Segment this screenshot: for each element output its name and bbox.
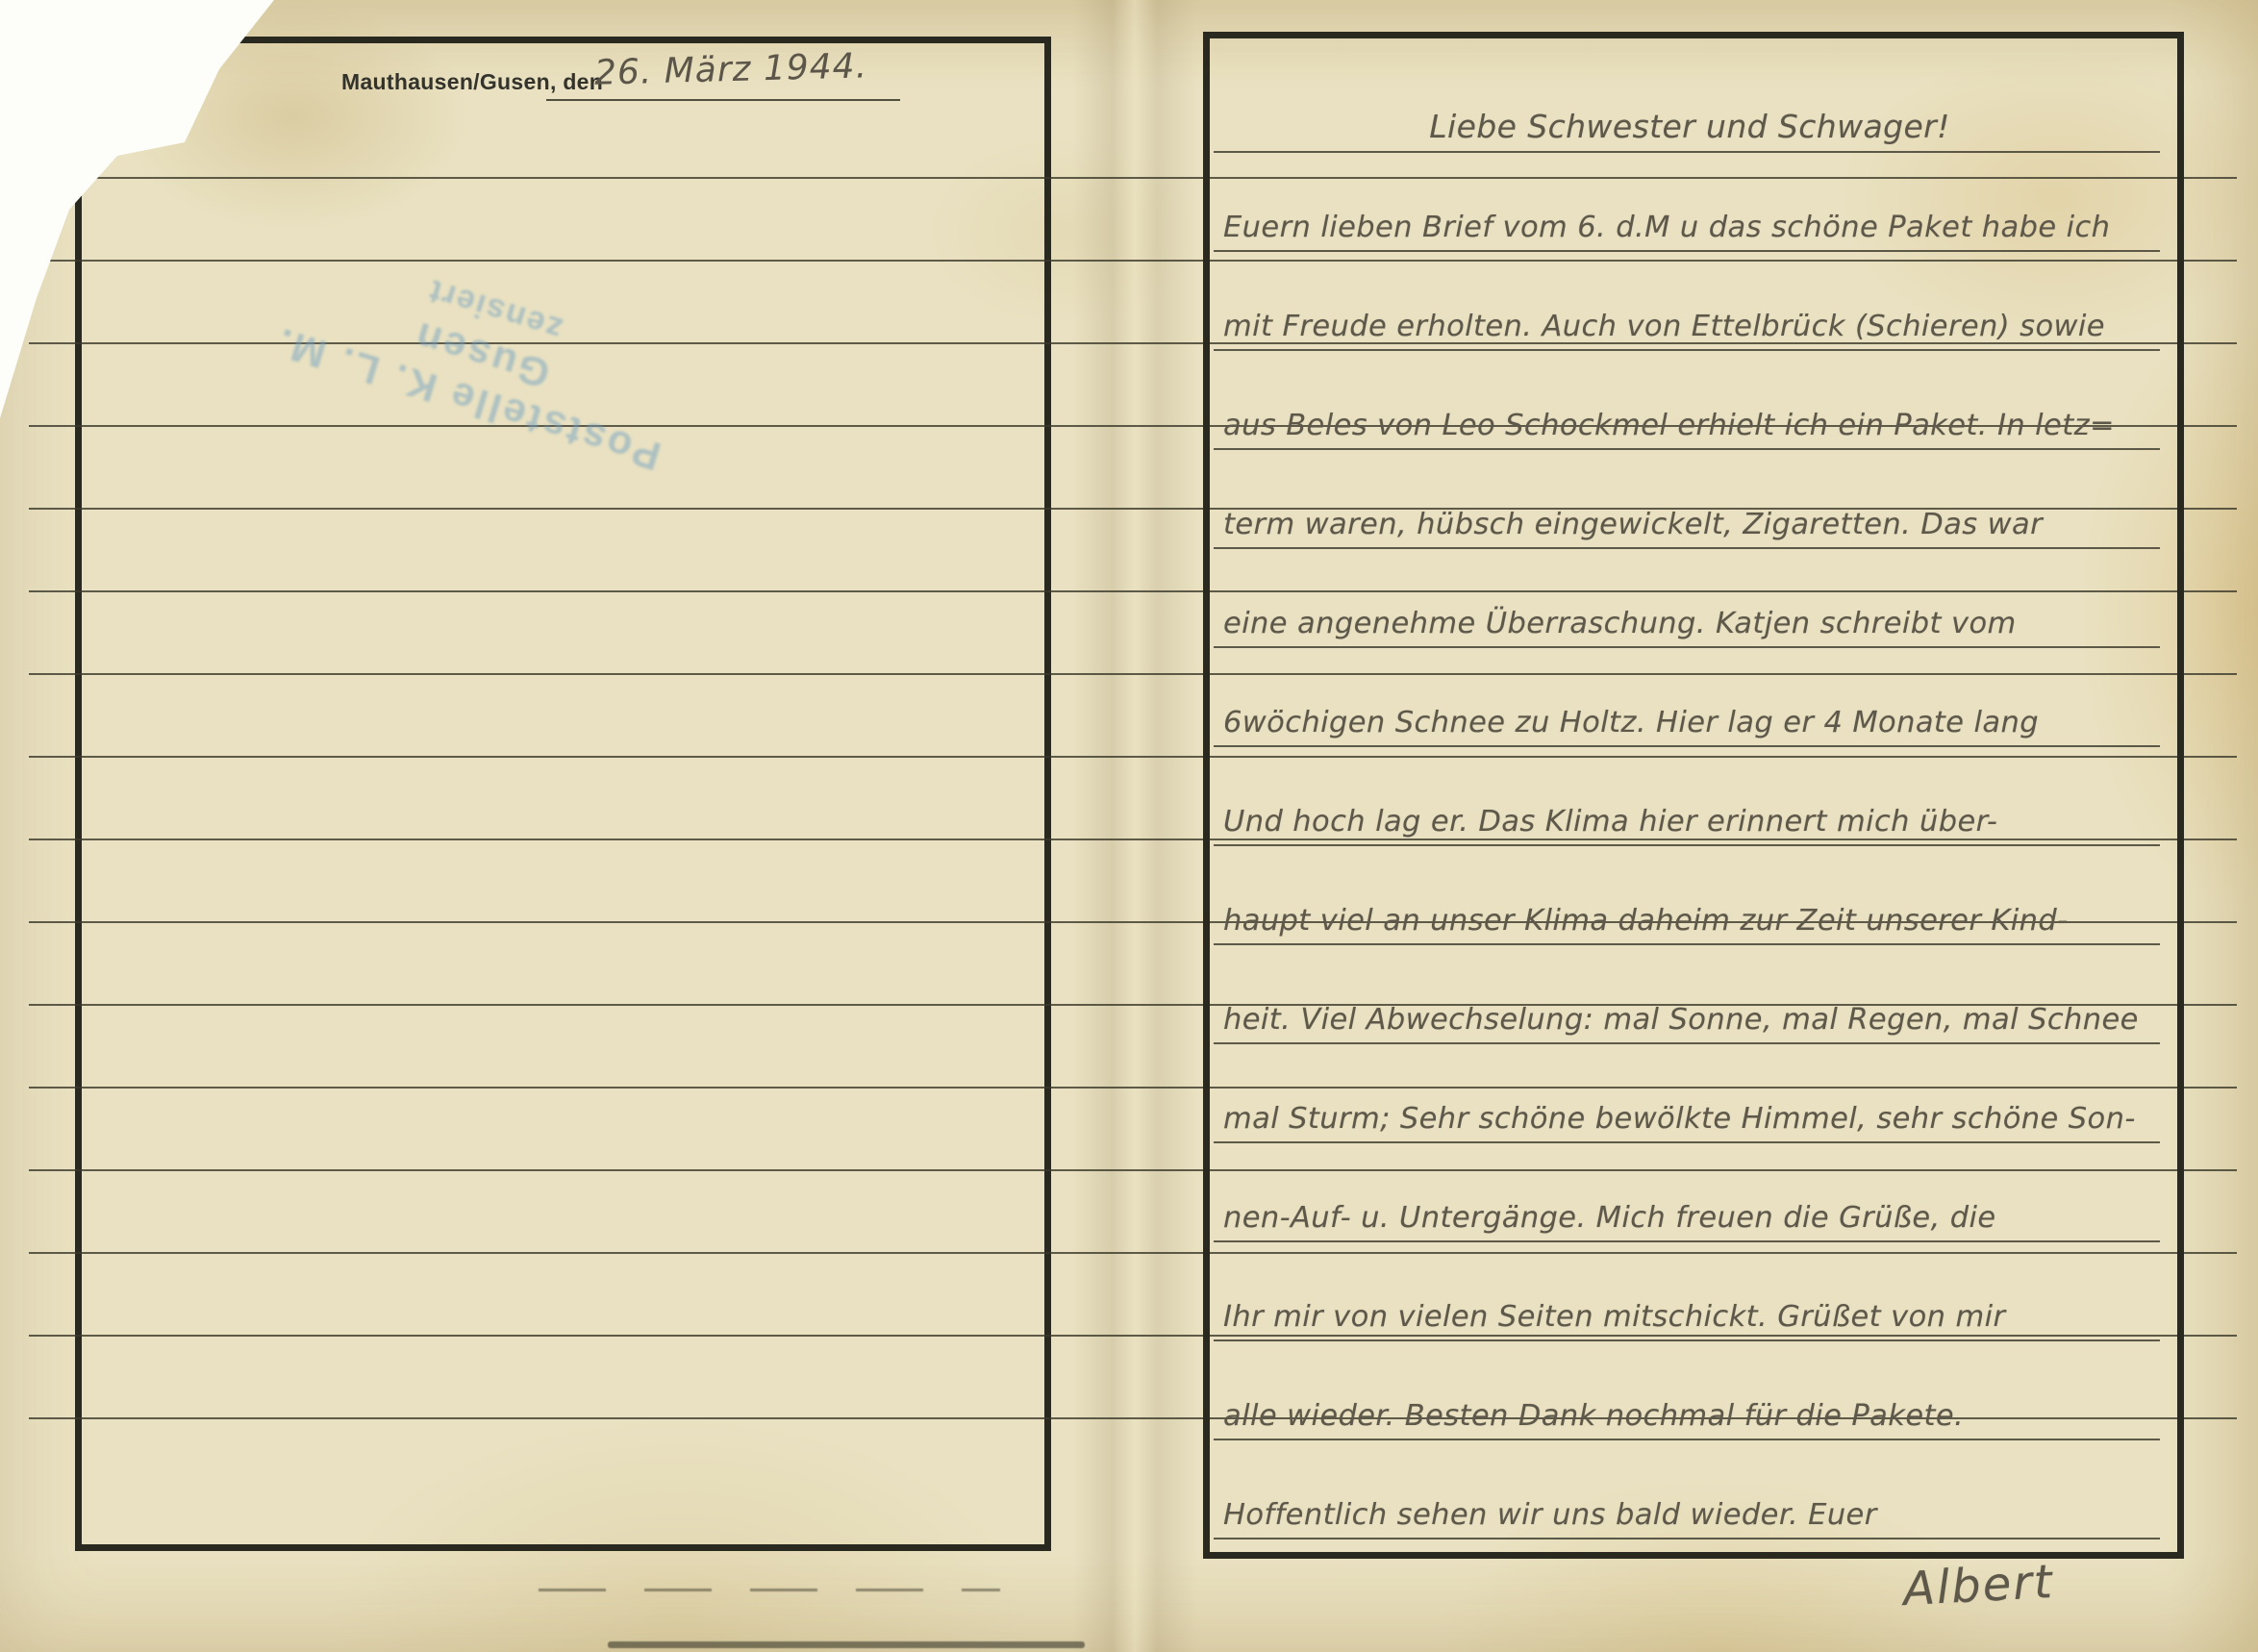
- handwritten-line: mit Freude erholten. Auch von Ettelbrück…: [1214, 252, 2160, 351]
- handwritten-line: mal Sturm; Sehr schöne bewölkte Himmel, …: [1214, 1044, 2160, 1143]
- handwritten-line: nen-Auf- u. Untergänge. Mich freuen die …: [1214, 1143, 2160, 1242]
- handwritten-line: term waren, hübsch eingewickelt, Zigaret…: [1214, 450, 2160, 549]
- signature: Albert: [1902, 1555, 2055, 1616]
- salutation-line: Liebe Schwester und Schwager!: [1214, 38, 2160, 153]
- handwritten-line: Hoffentlich sehen wir uns bald wieder. E…: [1214, 1440, 2160, 1539]
- handwritten-letter-body: Liebe Schwester und Schwager! Euern lieb…: [1214, 38, 2160, 1632]
- handwritten-line: heit. Viel Abwechselung: mal Sonne, mal …: [1214, 945, 2160, 1044]
- handwritten-line: alle wieder. Besten Dank nochmal für die…: [1214, 1341, 2160, 1440]
- handwritten-line: eine angenehme Überraschung. Katjen schr…: [1214, 549, 2160, 648]
- aged-paper-sheet: Mauthausen/Gusen, den 26. März 1944. Pos…: [0, 0, 2258, 1652]
- handwritten-line: 6wöchigen Schnee zu Holtz. Hier lag er 4…: [1214, 648, 2160, 747]
- handwritten-line: Ihr mir von vielen Seiten mitschickt. Gr…: [1214, 1242, 2160, 1341]
- handwritten-line: aus Beles von Leo Schockmel erhielt ich …: [1214, 351, 2160, 450]
- scan-edge-artifact: [608, 1641, 1085, 1648]
- letter-scan: Mauthausen/Gusen, den 26. März 1944. Pos…: [0, 0, 2258, 1652]
- handwritten-line: Und hoch lag er. Das Klima hier erinnert…: [1214, 747, 2160, 846]
- handwritten-line: Euern lieben Brief vom 6. d.M u das schö…: [1214, 153, 2160, 252]
- signature-row: Albert: [1214, 1539, 2160, 1632]
- handwritten-line: haupt viel an unser Klima daheim zur Zei…: [1214, 846, 2160, 945]
- faint-dashed-artifact: [539, 1589, 1000, 1591]
